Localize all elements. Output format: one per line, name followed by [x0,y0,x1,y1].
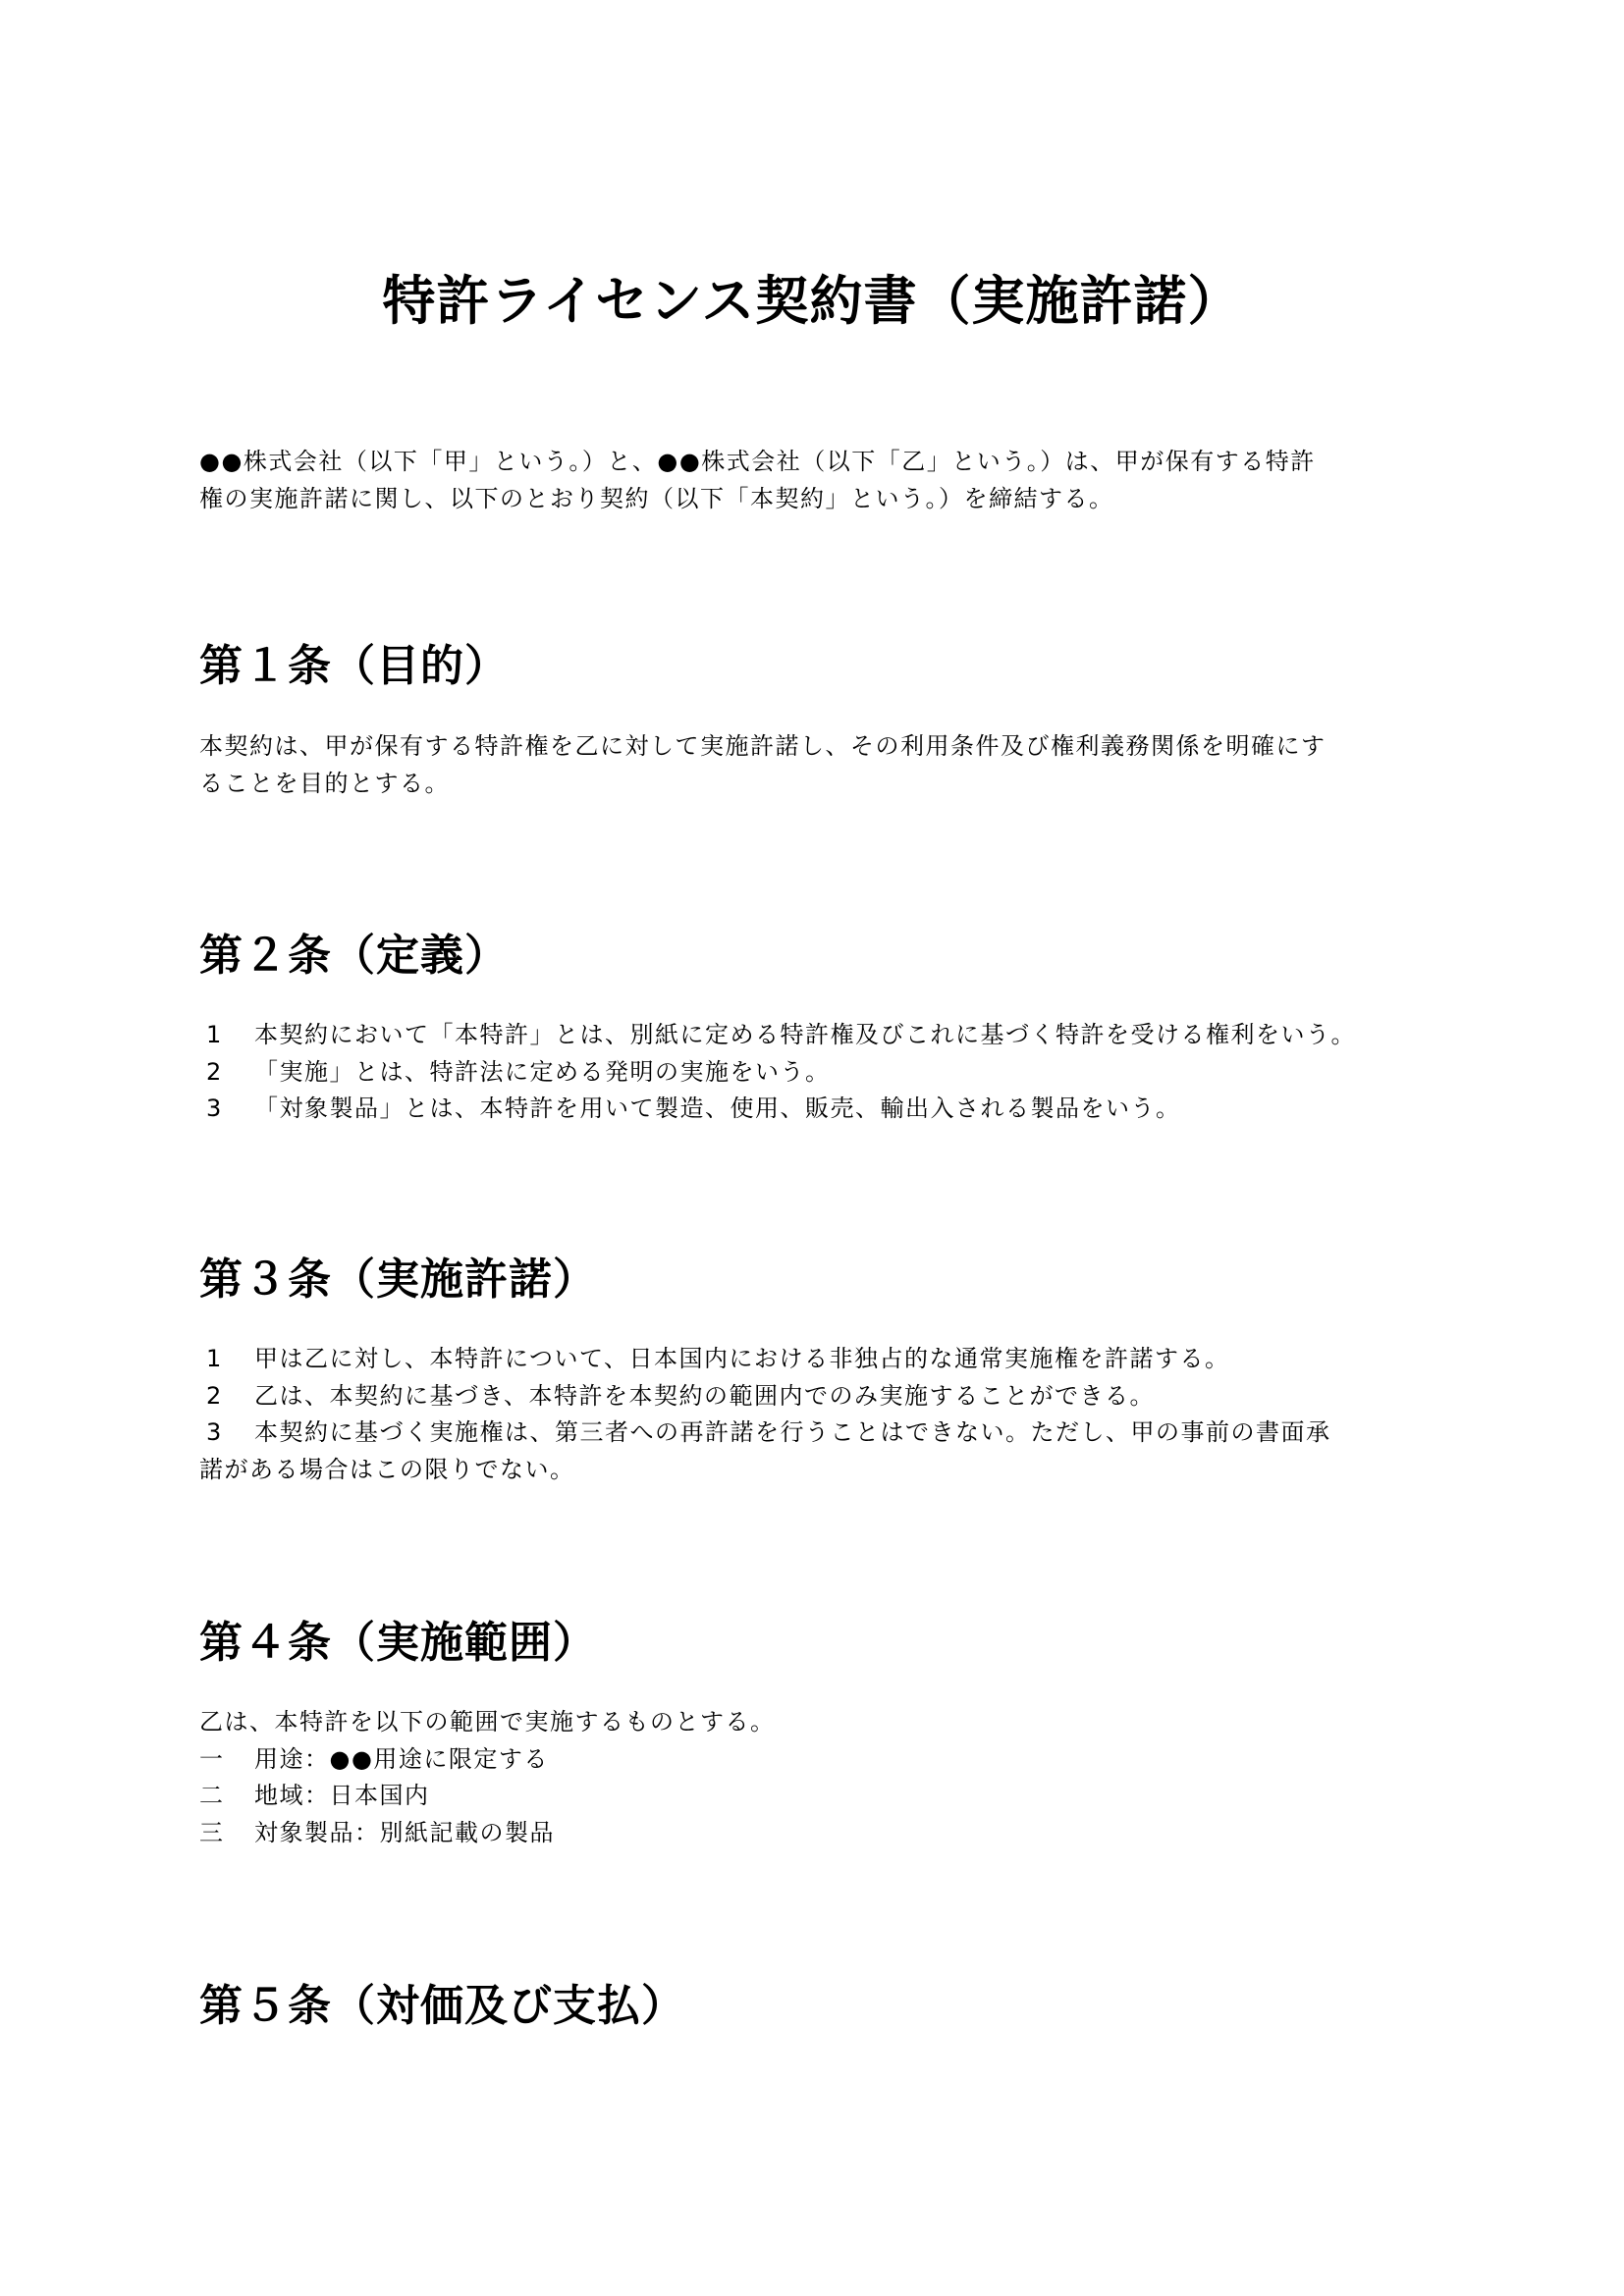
item-text: 用途：●●用途に限定する [254,1745,549,1773]
article-1-line: 本契約は、甲が保有する特許権を乙に対して実施許諾し、その利用条件及び権利義務関係… [199,728,1326,766]
article-1-heading: 第１条（目的） [199,639,509,694]
article-2-item: 2「実施」とは、特許法に定める発明の実施をいう。 [199,1054,1356,1092]
item-text: 「対象製品」とは、本特許を用いて製造、使用、販売、輸出入される製品をいう。 [254,1095,1181,1122]
article-4-item: 二地域：日本国内 [199,1778,776,1815]
item-number: 2 [199,1054,254,1092]
item-number: 3 [199,1091,254,1128]
item-text: 本契約において「本特許」とは、別紙に定める特許権及びこれに基づく特許を受ける権利… [254,1021,1356,1048]
article-4-lead: 乙は、本特許を以下の範囲で実施するものとする。 [199,1704,776,1741]
article-4-item: 三対象製品：別紙記載の製品 [199,1815,776,1852]
article-4-heading: 第４条（実施範囲） [199,1616,597,1671]
intro-line: ●●株式会社（以下「甲」という。）と、●●株式会社（以下「乙」という。）は、甲が… [199,444,1316,481]
intro-paragraph: ●●株式会社（以下「甲」という。）と、●●株式会社（以下「乙」という。）は、甲が… [199,444,1316,517]
item-number: 一 [199,1741,254,1779]
article-2-item: 1本契約において「本特許」とは、別紙に定める特許権及びこれに基づく特許を受ける権… [199,1017,1356,1054]
article-1-body: 本契約は、甲が保有する特許権を乙に対して実施許諾し、その利用条件及び権利義務関係… [199,728,1326,802]
article-3-item: 1甲は乙に対し、本特許について、日本国内における非独占的な通常実施権を許諾する。 [199,1341,1331,1378]
item-number: 2 [199,1378,254,1415]
article-2-heading: 第２条（定義） [199,929,509,984]
item-text: 甲は乙に対し、本特許について、日本国内における非独占的な通常実施権を許諾する。 [254,1345,1230,1372]
article-3-heading: 第３条（実施許諾） [199,1253,597,1308]
article-2-item: 3「対象製品」とは、本特許を用いて製造、使用、販売、輸出入される製品をいう。 [199,1091,1356,1128]
document-title: 特許ライセンス契約書（実施許諾） [0,267,1624,336]
item-text: 地域：日本国内 [254,1782,430,1809]
article-3-item: 2乙は、本契約に基づき、本特許を本契約の範囲内でのみ実施することができる。 [199,1378,1331,1415]
article-3-body: 1甲は乙に対し、本特許について、日本国内における非独占的な通常実施権を許諾する。… [199,1341,1331,1488]
article-2-body: 1本契約において「本特許」とは、別紙に定める特許権及びこれに基づく特許を受ける権… [199,1017,1356,1128]
article-5-heading: 第５条（対価及び支払） [199,1979,685,2034]
article-4-body: 乙は、本特許を以下の範囲で実施するものとする。 一用途：●●用途に限定する 二地… [199,1704,776,1851]
article-3-item: 3本契約に基づく実施権は、第三者への再許諾を行うことはできない。ただし、甲の事前… [199,1415,1331,1452]
item-number: 1 [199,1341,254,1378]
item-text: 「実施」とは、特許法に定める発明の実施をいう。 [254,1058,831,1086]
item-number: 1 [199,1017,254,1054]
item-text: 対象製品：別紙記載の製品 [254,1819,555,1846]
item-text: 本契約に基づく実施権は、第三者への再許諾を行うことはできない。ただし、甲の事前の… [254,1418,1331,1446]
article-3-continuation: 諾がある場合はこの限りでない。 [199,1452,1331,1489]
intro-line: 権の実施許諾に関し、以下のとおり契約（以下「本契約」という。）を締結する。 [199,481,1316,518]
item-number: 3 [199,1415,254,1452]
item-number: 三 [199,1815,254,1852]
item-text: 乙は、本契約に基づき、本特許を本契約の範囲内でのみ実施することができる。 [254,1382,1155,1410]
article-1-line: ることを目的とする。 [199,766,1326,803]
item-number: 二 [199,1778,254,1815]
article-4-item: 一用途：●●用途に限定する [199,1741,776,1779]
